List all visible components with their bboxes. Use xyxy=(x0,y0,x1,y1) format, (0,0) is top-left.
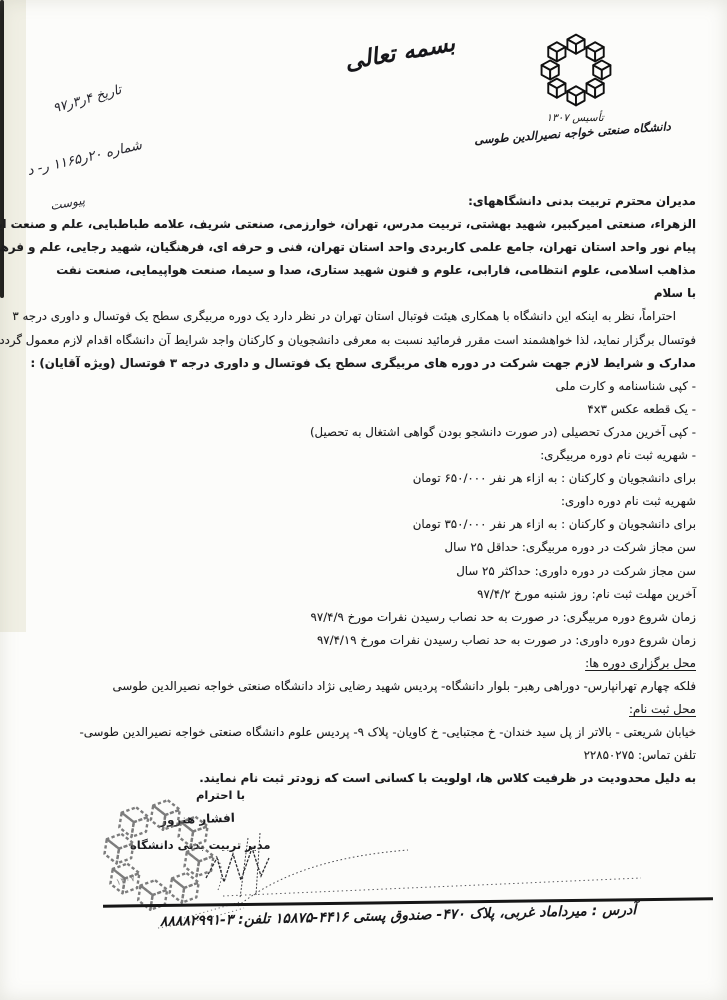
letter-line: سن مجاز شرکت در دوره داوری: حداکثر ۲۵ سا… xyxy=(28,560,696,583)
letter-body: مدیران محترم تربیت بدنی دانشگاههای:الزهر… xyxy=(28,190,696,790)
letter-line: سن مجاز شرکت در دوره مربیگری: حداقل ۲۵ س… xyxy=(28,536,696,559)
letter-line: مدیران محترم تربیت بدنی دانشگاههای: xyxy=(28,190,696,213)
letter-line: خیابان شریعتی - بالاتر از پل سید خندان- … xyxy=(28,721,696,744)
handwritten-date: تاریخ ۴ر۳ر۹۷ xyxy=(51,83,123,117)
letter-line: محل برگزاری دوره ها: xyxy=(28,652,696,675)
handwritten-number: شماره ۲۰ر۱۱۶۵ ر- د xyxy=(26,137,144,179)
letter-line: تلفن تماس: ۲۲۸۵۰۲۷۵ xyxy=(28,744,696,767)
letter-line: مذاهب اسلامی، علوم انتظامی، فارابی، علوم… xyxy=(28,259,696,282)
letter-line: زمان شروع دوره داوری: در صورت به حد نصاب… xyxy=(28,629,696,652)
besmele-text: بسمه تعالی xyxy=(339,30,462,76)
letter-line: - یک قطعه عکس ⁦۴x۳⁩ xyxy=(28,398,696,421)
letter-line: با سلام xyxy=(28,282,696,305)
letter-line: برای دانشجویان و کارکنان : به ازاء هر نف… xyxy=(28,513,696,536)
letter-line: شهریه ثبت نام دوره داوری: xyxy=(28,490,696,513)
letter-line: مدارک و شرایط لازم جهت شرکت در دوره های … xyxy=(28,352,696,375)
letter-line: - کپی شناسنامه و کارت ملی xyxy=(28,375,696,398)
letter-line: احتراماً، نظر به اینکه این دانشگاه با هم… xyxy=(28,305,696,328)
letter-line: - شهریه ثبت نام دوره مربیگری: xyxy=(28,444,696,467)
letter-line: پیام نور واحد استان تهران، جامع علمی کار… xyxy=(28,236,696,259)
letter-line: محل ثبت نام: xyxy=(28,698,696,721)
letter-line: الزهراء، صنعتی امیرکبیر، شهید بهشتی، ترب… xyxy=(28,213,696,236)
letter-line: زمان شروع دوره مربیگری: در صورت به حد نص… xyxy=(28,606,696,629)
letter-line: آخرین مهلت ثبت نام: روز شنبه مورخ ⁦۹۷/۴/… xyxy=(28,583,696,606)
letter-line: فوتسال برگزار نماید، لذا خواهشمند است مق… xyxy=(28,329,696,352)
letter-line: فلکه چهارم تهرانپارس- دوراهی رهبر- بلوار… xyxy=(28,675,696,698)
letter-line: برای دانشجویان و کارکنان : به ازاء هر نف… xyxy=(28,467,696,490)
university-logo-icon xyxy=(528,26,624,114)
scanned-letter-page: { "header": { "besmele": "بسمه تعالی", "… xyxy=(0,0,727,1000)
letter-line: - کپی آخرین مدرک تحصیلی (در صورت دانشجو … xyxy=(28,421,696,444)
